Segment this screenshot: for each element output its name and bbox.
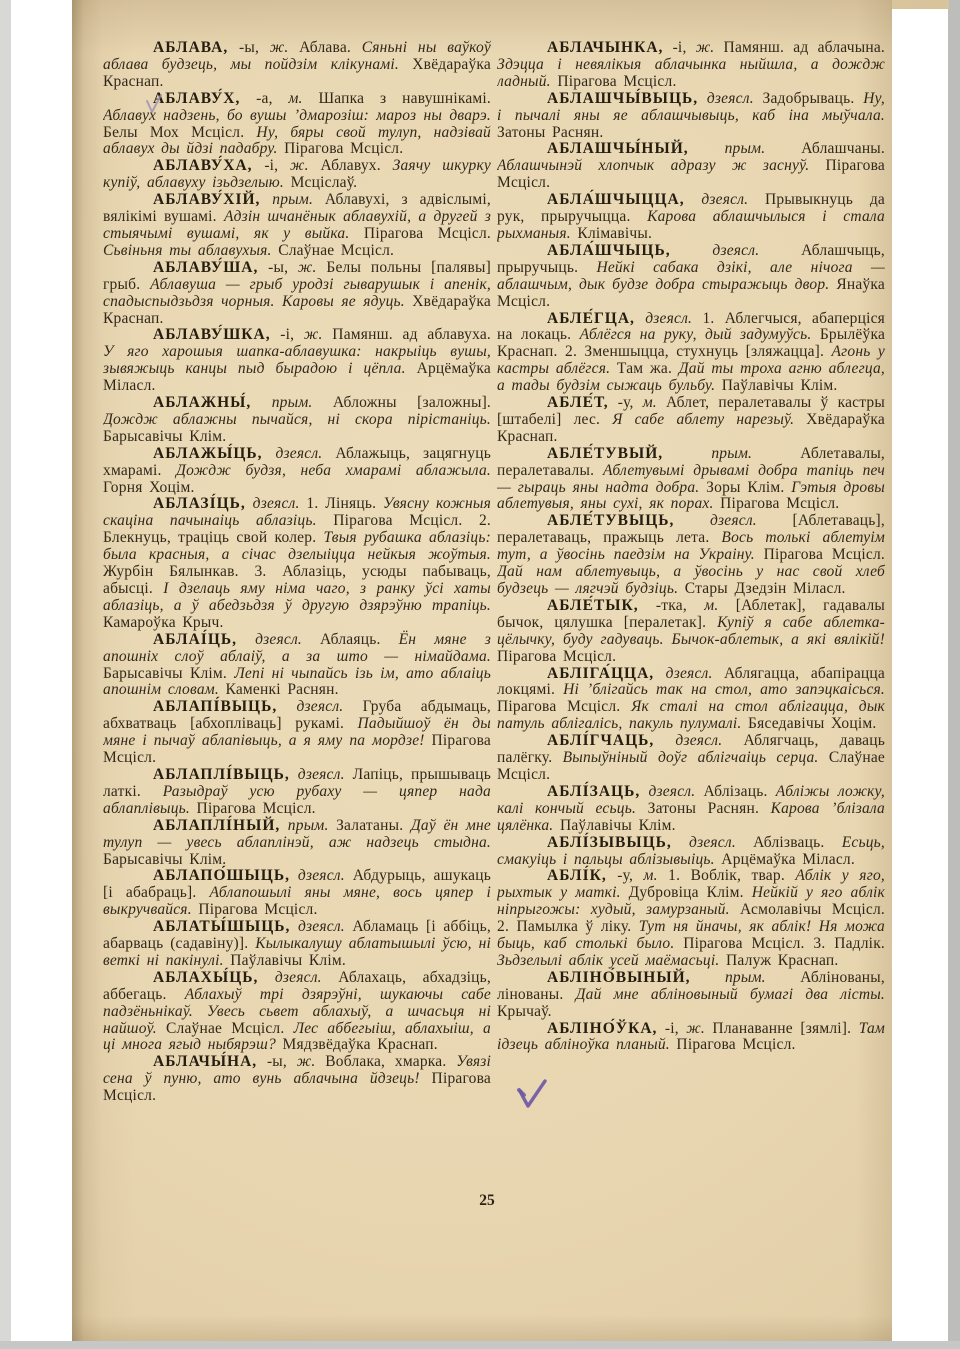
entry-italic-text: ж. bbox=[696, 40, 715, 56]
entry-text: Аблаяць. bbox=[302, 631, 399, 648]
entry-italic-text: ж. bbox=[686, 1020, 705, 1037]
entry-italic-text: Дождж аблажны пычайся, ні скора пірістан… bbox=[103, 411, 491, 428]
entry-headword: АБЛА́ШЧЫЦЦА, bbox=[547, 191, 685, 208]
entry-text: Пірагова Мсцісл. bbox=[755, 546, 885, 563]
dictionary-entry: АБЛЕ́ТУВЫЙ, прым. Аблетавалы, пералетава… bbox=[497, 446, 885, 514]
entry-text: Арцёмаўка Міласл. bbox=[715, 851, 855, 868]
entry-text: 1. Воблік, твар. bbox=[658, 867, 796, 884]
entry-text bbox=[246, 495, 253, 512]
dictionary-entry: АБЛАЗІ́ЦЬ, дзеясл. 1. Ліняць. Увясну кож… bbox=[103, 496, 491, 631]
entry-text: Зоры Клім. bbox=[699, 479, 791, 496]
entry-text: -ы, bbox=[257, 1053, 297, 1070]
entry-italic-text: ж. bbox=[290, 157, 309, 174]
entry-italic-text: Я сабе аблету нарезыў. bbox=[612, 411, 794, 428]
entry-headword: АБЛАЗІ́ЦЬ, bbox=[153, 495, 246, 512]
entry-text: Горня Хоцім. bbox=[103, 479, 195, 496]
entry-italic-text: дзеясл. bbox=[298, 766, 345, 783]
entry-text: Белы Мох Мсцісл. bbox=[103, 124, 256, 141]
entry-text: -ы, bbox=[258, 259, 298, 276]
entry-text: -у, bbox=[607, 867, 644, 884]
entry-italic-text: Дай мне абліновыный бумагі два лісты. bbox=[576, 986, 885, 1003]
entry-italic-text: дзеясл. bbox=[712, 242, 759, 259]
entry-italic-text: Дождж будзя, неба хмарамі аблажыла. bbox=[176, 462, 491, 479]
entry-italic-text: прым. bbox=[725, 140, 766, 157]
entry-headword: АБЛЕ́ТУВЫЦЬ, bbox=[547, 512, 674, 529]
entry-italic-text: дзеясл. bbox=[689, 834, 736, 851]
dictionary-entry: АБЛАЧЫ́НА, -ы, ж. Воблака, хмарка. Увязі… bbox=[103, 1054, 491, 1105]
entry-text bbox=[290, 867, 298, 884]
entry-italic-text: дзеясл. bbox=[701, 191, 748, 208]
dictionary-column-right: АБЛАЧЫ́НКА, -і, ж. Памянш. ад аблачына. … bbox=[497, 40, 885, 1330]
entry-text: Камароўка Крыч. bbox=[103, 614, 224, 631]
entry-italic-text: м. bbox=[704, 597, 718, 614]
dictionary-entry: АБЛІ́ЗЫВЫЦЬ, дзеясл. Аблізваць. Есьць, с… bbox=[497, 835, 885, 869]
entry-italic-text: дзеясл. bbox=[253, 495, 300, 512]
entry-text: Палуж Краснап. bbox=[719, 952, 838, 969]
entry-text: Там жа. bbox=[610, 360, 679, 377]
entry-headword: АБЛАПЛІ́НЫЙ, bbox=[153, 817, 280, 834]
entry-text bbox=[671, 242, 713, 259]
dictionary-entry: АБЛІГА́ЦЦА, дзеясл. Аблягацца, абапірацц… bbox=[497, 666, 885, 734]
entry-text bbox=[685, 191, 702, 208]
entry-headword: АБЛАІ́ЦЬ, bbox=[153, 631, 237, 648]
entry-italic-text: Ні ’блігайсь так на стол, ато запэцкаісь… bbox=[563, 681, 885, 698]
entry-text: Барысавічы Клім. bbox=[103, 851, 226, 868]
entry-headword: АБЛАВУ́ША, bbox=[153, 259, 258, 276]
entry-text: Мсціслаў. bbox=[284, 174, 357, 191]
dictionary-entry: АБЛАІ́ЦЬ, дзеясл. Аблаяць. Ён мяне з апо… bbox=[103, 632, 491, 700]
entry-italic-text: дзеясл. bbox=[276, 445, 323, 462]
entry-text: Барысавічы Клім. bbox=[103, 428, 226, 445]
entry-headword: АБЛАПЛІ́ВЫЦЬ, bbox=[153, 766, 290, 783]
entry-text bbox=[672, 834, 689, 851]
dictionary-entry: АБЛАЧЫ́НКА, -і, ж. Памянш. ад аблачына. … bbox=[497, 40, 885, 91]
entry-text bbox=[290, 918, 298, 935]
entry-italic-text: дзеясл. bbox=[298, 918, 345, 935]
entry-text: Аблізваць. bbox=[736, 834, 842, 851]
entry-text bbox=[251, 394, 271, 411]
entry-headword: АБЛАВУ́ШКА, bbox=[153, 326, 271, 343]
entry-headword: АБЛІ́ГЧАЦЬ, bbox=[547, 732, 654, 749]
entry-text: Пірагова Мсцісл. 3. Падлік. bbox=[674, 935, 885, 952]
dictionary-entry: АБЛАПІ́ВЫЦЬ, дзеясл. Груба абдымаць, абх… bbox=[103, 699, 491, 767]
entry-text: Пірагова Мсцісл. bbox=[714, 495, 840, 512]
entry-headword: АБЛАЧЫ́НКА, bbox=[547, 40, 663, 56]
entry-italic-text: Аблашчынэй хлопчык адразу ж заснуў. bbox=[497, 157, 809, 174]
dictionary-entry: АБЛІНО́ВЫНЫЙ, прым. Аблінованы, лінованы… bbox=[497, 970, 885, 1021]
dictionary-entry: АБЛАХЫ́ЦЬ, дзеясл. Аблахаць, абхадзіць, … bbox=[103, 970, 491, 1055]
dictionary-entry: АБЛАВУ́ХІЙ, прым. Аблавухі, з адвіслымі,… bbox=[103, 192, 491, 260]
dictionary-entry: АБЛАЖЫ́ЦЬ, дзеясл. Аблажыць, зацягнуць х… bbox=[103, 446, 491, 497]
entry-text: Клімавічы. bbox=[571, 225, 652, 242]
entry-text: Паўлавічы Клім. bbox=[715, 377, 837, 394]
entry-text: Аблізаць. bbox=[695, 783, 775, 800]
entry-italic-text: прым. bbox=[272, 191, 313, 208]
entry-italic-text: ж. bbox=[304, 326, 323, 343]
entry-text: Шапка з навушнікамі. bbox=[303, 90, 491, 107]
entry-text: Пірагова Мсцісл. bbox=[551, 73, 677, 90]
dictionary-entry: АБЛІ́ЗАЦЬ, дзеясл. Аблізаць. Абліжы ложк… bbox=[497, 784, 885, 835]
entry-text: Памянш. ад аблачына. bbox=[714, 40, 885, 56]
entry-text: Затоны Раснян. bbox=[636, 800, 771, 817]
entry-headword: АБЛАВУ́ХІЙ, bbox=[153, 191, 260, 208]
entry-italic-text: дзеясл. bbox=[275, 969, 322, 986]
dictionary-column-left: АБЛА́ВА, -ы, ж. Аблава. Сяньні ны ваўкоў… bbox=[103, 40, 491, 1330]
entry-headword: АБЛЕ́Т, bbox=[547, 394, 609, 411]
dictionary-entry: АБЛА́ШЧЫЦЬ, дзеясл. Аблашчыць, прыручыць… bbox=[497, 243, 885, 311]
dictionary-entry: АБЛАШЧЫ́НЫЙ, прым. Аблашчаны. Аблашчынэй… bbox=[497, 141, 885, 192]
entry-headword: АБЛЕ́ГЦА, bbox=[547, 310, 635, 327]
dictionary-entry: АБЛАВУ́ША, -ы, ж. Белы польны [палявы] г… bbox=[103, 260, 491, 328]
entry-headword: АБЛАЧЫ́НА, bbox=[153, 1053, 257, 1070]
checkmark-icon bbox=[144, 92, 164, 116]
dictionary-entry: АБЛАПО́ШЫЦЬ, дзеясл. Абдурыць, ашукаць [… bbox=[103, 868, 491, 919]
entry-text: -і, bbox=[271, 326, 304, 343]
entry-text: Аблавух. bbox=[309, 157, 393, 174]
entry-text bbox=[290, 766, 298, 783]
entry-italic-text: ж. bbox=[270, 40, 289, 56]
entry-text: Аблава. bbox=[288, 40, 361, 56]
entry-text: -ы, bbox=[228, 40, 270, 56]
entry-headword: АБЛІГА́ЦЦА, bbox=[547, 665, 654, 682]
scanner-edge-right bbox=[948, 0, 960, 1349]
scanner-edge-bottom bbox=[0, 1341, 960, 1349]
dictionary-entry: АБЛА́ВА, -ы, ж. Аблава. Сяньні ны ваўкоў… bbox=[103, 40, 491, 91]
entry-text: Аблашчаны. bbox=[765, 140, 885, 157]
entry-text: Задобрываць. bbox=[754, 90, 863, 107]
entry-text: -у, bbox=[609, 394, 643, 411]
entry-italic-text: дзеясл. bbox=[645, 310, 692, 327]
entry-text: Воблака, хмарка. bbox=[315, 1053, 456, 1070]
entry-italic-text: ж. bbox=[297, 1053, 316, 1070]
entry-italic-text: Сьвіньня ты аблавухыя. bbox=[103, 242, 272, 259]
entry-italic-text: дзеясл. bbox=[297, 698, 344, 715]
entry-text: 1. Ліняць. bbox=[300, 495, 383, 512]
entry-headword: АБЛІНО́ВЫНЫЙ, bbox=[547, 969, 691, 986]
entry-text: Абложны [заложны]. bbox=[312, 394, 491, 411]
page-number: 25 bbox=[457, 1192, 517, 1210]
entry-headword: АБЛАВУ́Х, bbox=[153, 90, 240, 107]
entry-italic-text: Зьдзелылі аблік усей маёмасьці. bbox=[497, 952, 719, 969]
entry-text: Пірагова Мсцісл. bbox=[192, 901, 318, 918]
entry-text: Пірагова Мсцісл. bbox=[349, 225, 491, 242]
entry-text bbox=[277, 698, 296, 715]
entry-text: Залатаны. bbox=[329, 817, 411, 834]
dictionary-entry: АБЛІ́ГЧАЦЬ, дзеясл. Аблягчаць, даваць па… bbox=[497, 733, 885, 784]
entry-headword: АБЛАШЧЫ́НЫЙ, bbox=[547, 140, 689, 157]
entry-text bbox=[237, 631, 255, 648]
entry-text: -і, bbox=[657, 1020, 686, 1037]
dictionary-entry: АБЛАШЧЫ́ВЫЦЬ, дзеясл. Задобрываць. Ну, і… bbox=[497, 91, 885, 142]
entry-italic-text: дзеясл. bbox=[666, 665, 713, 682]
entry-headword: АБЛАХЫ́ЦЬ, bbox=[153, 969, 258, 986]
entry-text: Паўлавічы Клім. bbox=[553, 817, 675, 834]
entry-text: -а, bbox=[240, 90, 288, 107]
entry-text: -тка, bbox=[639, 597, 705, 614]
dictionary-entry: АБЛЕ́Т, -у, м. Аблет, пералетавалы ў кас… bbox=[497, 395, 885, 446]
entry-headword: АБЛА́ШЧЫЦЬ, bbox=[547, 242, 671, 259]
entry-italic-text: м. bbox=[644, 867, 658, 884]
dictionary-entry: АБЛАЖНЫ́, прым. Абложны [заложны]. Дождж… bbox=[103, 395, 491, 446]
entry-text: Пірагова Мсцісл. bbox=[190, 800, 316, 817]
dictionary-entry: АБЛІ́К, -у, м. 1. Воблік, твар. Аблік у … bbox=[497, 868, 885, 969]
entry-italic-text: Аблёгся на руку, дый задумуўсь. bbox=[580, 326, 812, 343]
checkmark-icon bbox=[516, 1078, 550, 1110]
entry-text bbox=[635, 310, 645, 327]
entry-headword: АБЛАПО́ШЫЦЬ, bbox=[153, 867, 290, 884]
scanner-edge-left bbox=[0, 0, 11, 1349]
entry-italic-text: дзеясл. bbox=[707, 90, 754, 107]
entry-italic-text: ж. bbox=[298, 259, 317, 276]
dictionary-entry: АБЛЕ́ТУВЫЦЬ, дзеясл. [Аблетаваць], перал… bbox=[497, 513, 885, 598]
entry-text bbox=[654, 665, 665, 682]
dictionary-entry: АБЛІНО́ЎКА, -і, ж. Планаванне [зямлі]. Т… bbox=[497, 1021, 885, 1055]
entry-text: -і, bbox=[253, 157, 291, 174]
entry-headword: АБЛІ́К, bbox=[547, 867, 607, 884]
dictionary-entry: АБЛЕ́ГЦА, дзеясл. 1. Аблегчыся, абаперці… bbox=[497, 311, 885, 396]
entry-text bbox=[663, 445, 711, 462]
entry-italic-text: дзеясл. bbox=[298, 867, 345, 884]
entry-headword: АБЛА́ВА, bbox=[153, 40, 228, 56]
entry-italic-text: дзеясл. bbox=[648, 783, 695, 800]
entry-text: Памянш. ад аблавуха. bbox=[323, 326, 491, 343]
entry-italic-text: прым. bbox=[272, 394, 313, 411]
entry-italic-text: прым. bbox=[711, 445, 752, 462]
entry-headword: АБЛАЖНЫ́, bbox=[153, 394, 251, 411]
entry-text: Планаванне [зямлі]. bbox=[705, 1020, 859, 1037]
entry-italic-text: дзеясл. bbox=[255, 631, 302, 648]
entry-headword: АБЛАЖЫ́ЦЬ, bbox=[153, 445, 263, 462]
entry-italic-text: м. bbox=[643, 394, 657, 411]
entry-text: Слаўнае Мсцісл. bbox=[157, 1020, 294, 1037]
entry-text: Стары Дзедзін Міласл. bbox=[678, 580, 845, 597]
entry-text: Затоны Раснян. bbox=[497, 124, 603, 141]
entry-text bbox=[691, 969, 725, 986]
dictionary-entry: АБЛА́ШЧЫЦЦА, дзеясл. Прывыкнуць да рук, … bbox=[497, 192, 885, 243]
entry-italic-text: м. bbox=[288, 90, 302, 107]
entry-text bbox=[674, 512, 710, 529]
entry-text bbox=[263, 445, 276, 462]
entry-headword: АБЛАШЧЫ́ВЫЦЬ, bbox=[547, 90, 698, 107]
entry-headword: АБЛАПІ́ВЫЦЬ, bbox=[153, 698, 277, 715]
entry-headword: АБЛЕ́ТУВЫЙ, bbox=[547, 445, 663, 462]
dictionary-entry: АБЛАВУ́ШКА, -і, ж. Памянш. ад аблавуха. … bbox=[103, 327, 491, 395]
entry-text: Мядзвёдаўка Краснап. bbox=[276, 1036, 438, 1053]
dictionary-entry: АБЛЕ́ТЫК, -тка, м. [Аблетак], гадавалы б… bbox=[497, 598, 885, 666]
entry-text: Бяседавічы Хоцім. bbox=[741, 715, 876, 732]
entry-text: -і, bbox=[663, 40, 695, 56]
dictionary-entry: АБЛАПЛІ́ВЫЦЬ, дзеясл. Лапіць, прышываць … bbox=[103, 767, 491, 818]
entry-text bbox=[698, 90, 707, 107]
entry-italic-text: дзеясл. bbox=[710, 512, 757, 529]
entry-italic-text: прым. bbox=[288, 817, 329, 834]
entry-headword: АБЛАТЫ́ШЫЦЬ, bbox=[153, 918, 290, 935]
dictionary-entry: АБЛАТЫ́ШЫЦЬ, дзеясл. Абламаць [і аббіць,… bbox=[103, 919, 491, 970]
entry-text: Барысавічы Клім. bbox=[103, 665, 234, 682]
entry-headword: АБЛІНО́ЎКА, bbox=[547, 1020, 657, 1037]
entry-text bbox=[260, 191, 272, 208]
entry-italic-text: прым. bbox=[725, 969, 766, 986]
entry-text: Дубровіца Клім. bbox=[621, 884, 752, 901]
entry-text bbox=[258, 969, 274, 986]
entry-headword: АБЛІ́ЗАЦЬ, bbox=[547, 783, 640, 800]
entry-text: Крычаў. bbox=[497, 1003, 552, 1020]
entry-headword: АБЛАВУ́ХА, bbox=[153, 157, 253, 174]
entry-text: Пірагова Мсцісл. bbox=[670, 1036, 796, 1053]
dictionary-entry: АБЛАВУ́ХА, -і, ж. Аблавух. Заячу шкурку … bbox=[103, 158, 491, 192]
entry-text: Пірагова Мсцісл. bbox=[278, 140, 404, 157]
entry-text: Слаўнае Мсцісл. bbox=[272, 242, 394, 259]
entry-italic-text: Выпыўніный доўг аблігчаіць серца. bbox=[563, 749, 819, 766]
dictionary-entry: АБЛАПЛІ́НЫЙ, прым. Залатаны. Даў ён мне … bbox=[103, 818, 491, 869]
entry-text bbox=[280, 817, 288, 834]
entry-headword: АБЛІ́ЗЫВЫЦЬ, bbox=[547, 834, 672, 851]
entry-text: Пірагова Мсцісл. bbox=[497, 648, 616, 665]
entry-text: Каменкі Раснян. bbox=[219, 681, 339, 698]
entry-text: Пірагова Мсцісл. bbox=[497, 698, 631, 715]
entry-text bbox=[689, 140, 725, 157]
entry-italic-text: дзеясл. bbox=[675, 732, 722, 749]
entry-headword: АБЛЕ́ТЫК, bbox=[547, 597, 639, 614]
book-page: АБЛА́ВА, -ы, ж. Аблава. Сяньні ны ваўкоў… bbox=[72, 0, 892, 1341]
entry-text: Паўлавічы Клім. bbox=[224, 952, 346, 969]
entry-text bbox=[654, 732, 675, 749]
